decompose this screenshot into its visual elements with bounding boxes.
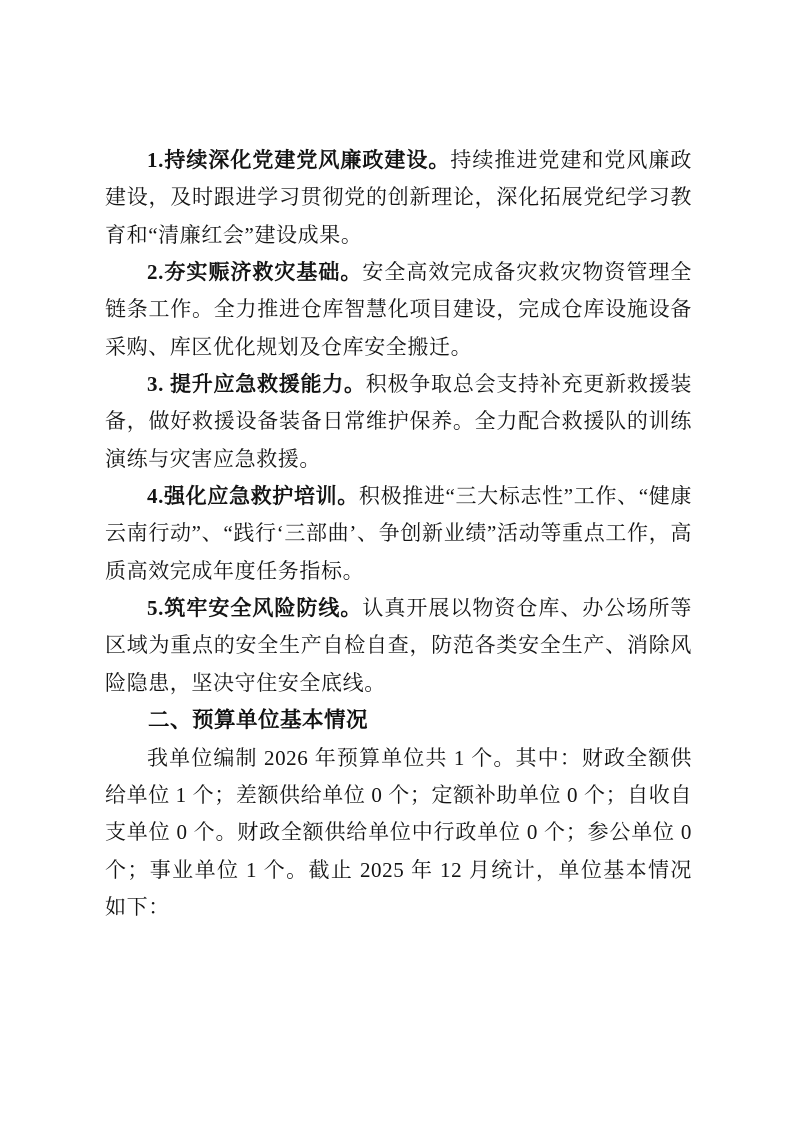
closing-paragraph: 我单位编制 2026 年预算单位共 1 个。其中：财政全额供给单位 1 个；差额… [105, 740, 692, 927]
numbered-paragraph-5: 5.筑牢安全风险防线。认真开展以物资仓库、办公场所等区域为重点的安全生产自检自查… [105, 590, 692, 702]
numbered-paragraph-3: 3. 提升应急救援能力。积极争取总会支持补充更新救援装备，做好救援设备装备日常维… [105, 366, 692, 478]
paragraph-2-lead: 2.夯实赈济救灾基础。 [147, 260, 362, 284]
section-heading: 二、预算单位基本情况 [105, 702, 692, 739]
numbered-paragraph-4: 4.强化应急救护培训。积极推进“三大标志性”工作、“健康云南行动”、“践行‘三部… [105, 478, 692, 590]
document-page: 1.持续深化党建党风廉政建设。持续推进党建和党风廉政建设，及时跟进学习贯彻党的创… [0, 0, 794, 1122]
paragraph-4-lead: 4.强化应急救护培训。 [147, 484, 359, 508]
numbered-paragraph-1: 1.持续深化党建党风廉政建设。持续推进党建和党风廉政建设，及时跟进学习贯彻党的创… [105, 142, 692, 254]
numbered-paragraph-2: 2.夯实赈济救灾基础。安全高效完成备灾救灾物资管理全链条工作。全力推进仓库智慧化… [105, 254, 692, 366]
paragraph-1-lead: 1.持续深化党建党风廉政建设。 [147, 148, 450, 172]
paragraph-5-lead: 5.筑牢安全风险防线。 [147, 596, 362, 620]
paragraph-3-lead: 3. 提升应急救援能力。 [147, 372, 366, 396]
